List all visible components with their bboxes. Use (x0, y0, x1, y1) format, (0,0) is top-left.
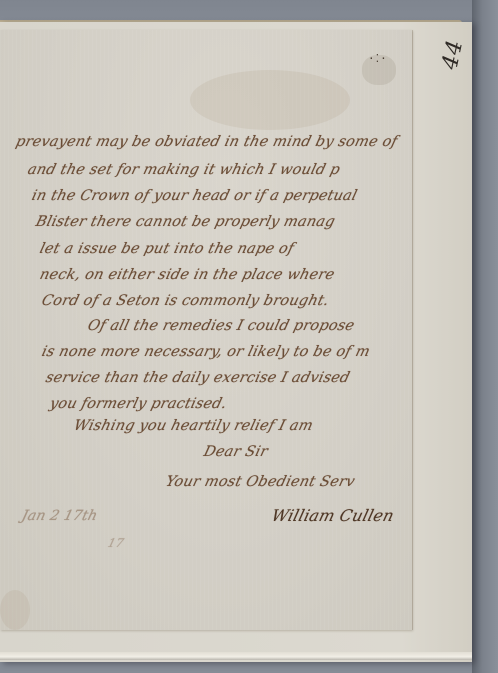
letter-line-6: neck, on either side in the place where (38, 267, 336, 283)
letter-line-9: is none more necessary, or likely to be … (40, 344, 372, 360)
letter-line-7: Cord of a Seton is commonly brought. (40, 293, 331, 309)
water-stain (190, 70, 350, 130)
letter-line-10: service than the daily exercise I advise… (44, 370, 351, 386)
letter-signature: William Cullen (270, 506, 397, 525)
letter-closing: Wishing you heartily relief I am (72, 418, 315, 434)
letter-line-11: you formerly practised. (48, 396, 229, 412)
sheet-edge (412, 30, 413, 630)
page-bottom-edge (0, 652, 472, 660)
water-stain (0, 590, 30, 630)
letter-line-4: Blister there cannot be properly manag (34, 214, 337, 230)
seal-dots: ·⁚· (368, 54, 388, 63)
scanner-background (472, 0, 498, 673)
letter-line-2: and the set for making it which I would … (26, 162, 342, 178)
letter-line-8: Of all the remedies I could propose (86, 318, 356, 334)
letter-line-1: prevayent may be obviated in the mind by… (14, 134, 399, 150)
letter-line-3: in the Crown of your head or if a perpet… (30, 188, 359, 204)
letter-valediction: Your most Obedient Serv (164, 474, 357, 490)
letter-date: Jan 2 17th (20, 508, 99, 524)
letter-line-5: let a issue be put into the nape of (38, 241, 296, 257)
letter-salutation: Dear Sir (202, 444, 269, 460)
letter-date-mark: 17 (106, 536, 125, 550)
document-scan: ·⁚· 44 prevayent may be obviated in the … (0, 0, 498, 673)
